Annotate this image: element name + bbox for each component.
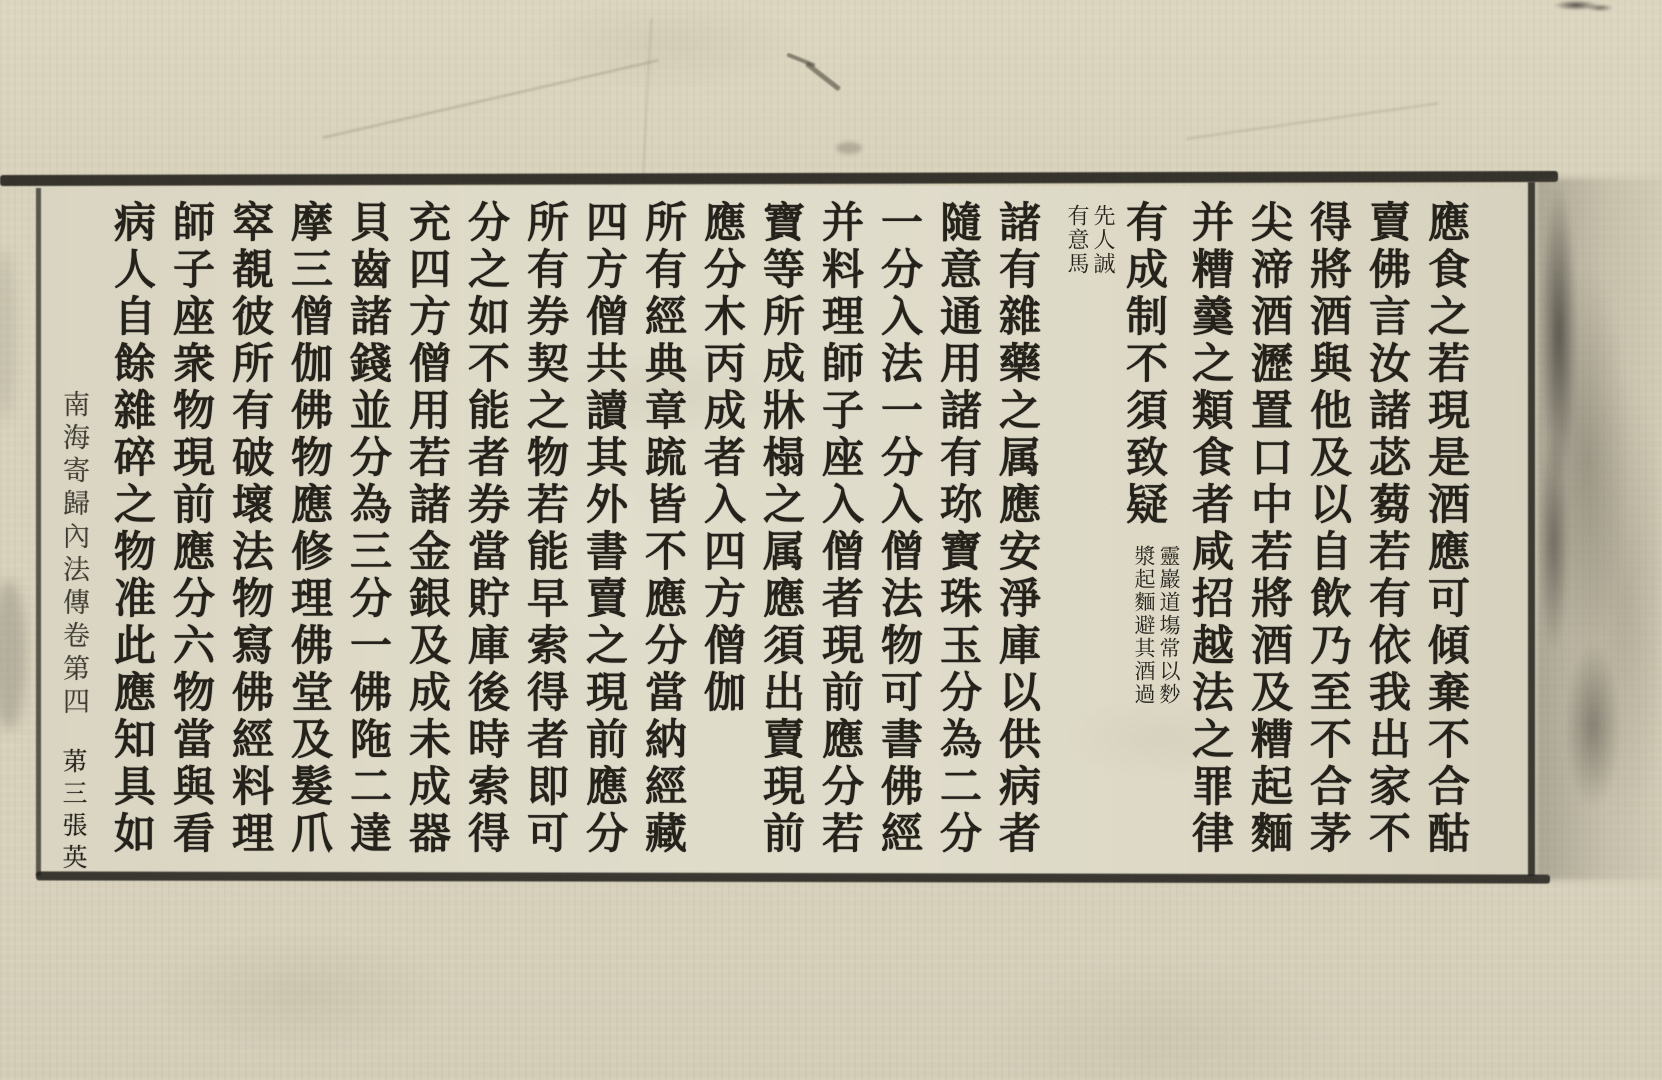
text-column: 充四方僧用若諸金銀及成未成器 <box>398 200 457 878</box>
text-column: 一分入法一分入僧法物可書佛經 <box>870 200 929 878</box>
text-column: 應食之若現是酒應可傾棄不合酤 <box>1417 200 1476 878</box>
text-column: 得將酒與他及以自飲乃至不合茅 <box>1299 200 1358 878</box>
paper-crease <box>1186 102 1439 139</box>
text-column: 分之如不能者券當貯庫後時索得 <box>457 200 516 878</box>
text-column: 窣覩彼所有破壞法物寫佛經料理 <box>221 200 280 878</box>
ink-dot-mark: ・ <box>1150 438 1166 461</box>
frame-top-rule <box>0 171 1558 186</box>
sheet-number-mark: 苐三張英 <box>44 748 103 876</box>
text-columns: 應食之若現是酒應可傾棄不合酤 賣佛言汝諸苾蒭若有依我出家不 得將酒與他及以自飲乃… <box>40 186 1532 878</box>
interlinear-note: 先人誠有意馬 <box>1063 204 1115 276</box>
note-right-subcolumn: 靈巖道塲常以麨 <box>1156 545 1181 706</box>
text-column: 貝齒諸錢並分為三分一佛陁二達 <box>339 200 398 878</box>
text-column: 寶等所成牀榻之属應須出賣現前 <box>752 200 811 878</box>
colophon-column: 南海寄歸內法傳卷第四苐三張英 <box>44 200 103 878</box>
text-column: 隨意通用諸有珎寶珠玉分為二分 <box>929 200 988 878</box>
paper-crease <box>322 59 659 139</box>
text-column: 所有券契之物若能早索得者即可 <box>516 200 575 878</box>
column-text: 有成制不須致疑 <box>1120 200 1169 529</box>
text-column: 尖渧酒瀝置口中若將酒及糟起麵 <box>1240 200 1299 878</box>
interlinear-note: 靈巖道塲常以麨漿起麵避其酒過 <box>1131 545 1181 706</box>
text-column: 所有經典章䟽皆不應分當納經藏 <box>634 200 693 878</box>
text-column: 賣佛言汝諸苾蒭若有依我出家不 <box>1358 200 1417 878</box>
scroll-title: 南海寄歸內法傳卷第四 <box>44 390 103 720</box>
binding-gutter-smudge <box>1536 178 1662 880</box>
text-column: 應分木丙成者入四方僧伽 <box>693 200 752 878</box>
edge-stain <box>0 580 26 730</box>
text-column: 四方僧共讀其外書賣之現前應分 <box>575 200 634 878</box>
corner-ink-mark <box>1552 0 1612 13</box>
note-left-subcolumn: 漿起麵避其酒過 <box>1131 545 1156 706</box>
ink-smudge <box>805 62 841 92</box>
small-text-column: 先人誠有意馬 <box>1047 200 1115 878</box>
paper-crease <box>642 18 652 180</box>
text-column: 師子座衆物現前應分六物當與看 <box>162 200 221 878</box>
text-column: 并料理師子座入僧者現前應分若 <box>811 200 870 878</box>
text-column-with-note: 有成制不須致疑靈巖道塲常以麨漿起麵避其酒過 <box>1115 200 1181 878</box>
text-column: 病人自餘雜碎之物准此應知具如 <box>103 200 162 878</box>
ink-smudge <box>836 142 862 154</box>
note-right-subcolumn: 先人誠 <box>1089 204 1115 276</box>
scanned-page: { "page": { "columns": [ {"text": "應食之若現… <box>0 0 1662 1080</box>
text-column: 并糟羹之類食者咸招越法之罪律 <box>1181 200 1240 878</box>
text-column: 摩三僧伽佛物應修理佛堂及髮爪 <box>280 200 339 878</box>
text-column: 諸有雜藥之属應安淨庫以供病者 <box>988 200 1047 878</box>
note-left-subcolumn: 有意馬 <box>1063 204 1089 276</box>
edge-stain <box>0 250 16 420</box>
